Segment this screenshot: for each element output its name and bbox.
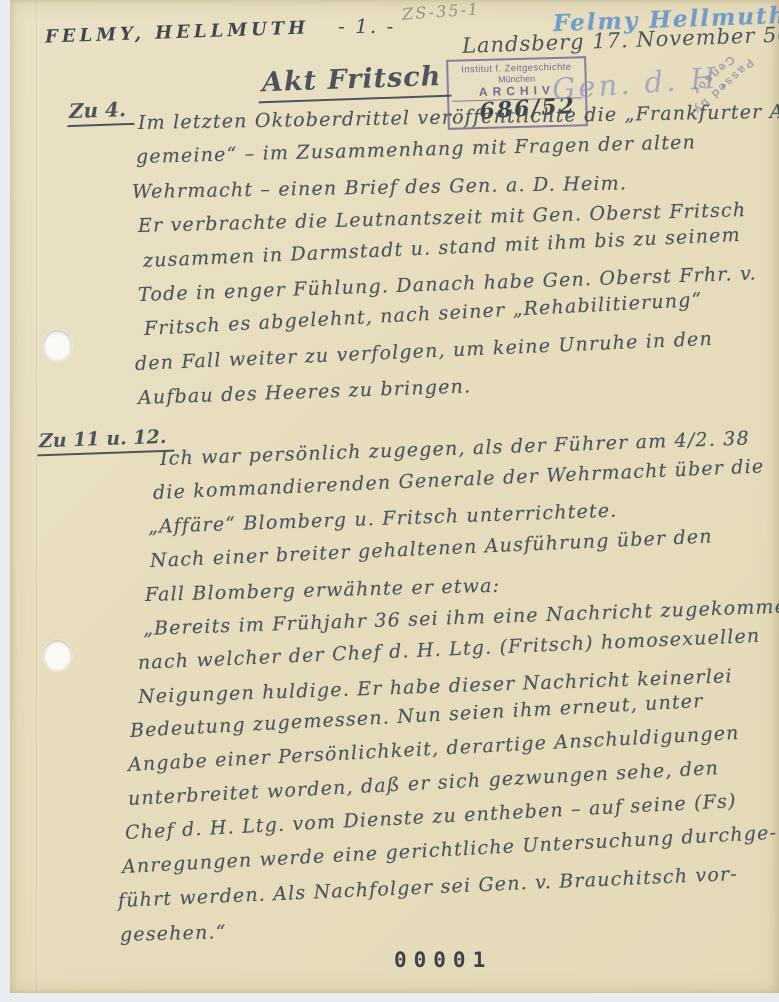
paper-sheet: ZS-35-1 Felmy Hellmuth FELMY, HELLMUTH -… [10,0,779,993]
punch-hole [43,330,72,361]
handwritten-line: Fall Blomberg erwähnte er etwa: [145,575,501,606]
handwritten-line: Aufbau des Heeres zu bringen. [138,376,472,410]
catalog-number-pencil: ZS-35-1 [401,0,480,24]
paper-crease [36,0,39,993]
document-title: Akt Fritsch [257,61,452,104]
handwritten-line: Wehrmacht – einen Brief des Gen. a. D. H… [132,172,628,203]
margin-note-zu11-12: Zu 11 u. 12. [37,426,175,457]
punch-hole [43,640,72,671]
scanned-document-page: { "document": { "catalog_pencil": "ZS-35… [0,0,779,1002]
handwritten-line: gesehen.“ [120,921,227,946]
handwritten-line: gemeine“ – im Zusammenhang mit Fragen de… [136,132,697,169]
author-name-header: FELMY, HELLMUTH [45,17,310,47]
page-stamp-number: 00001 [394,948,492,972]
margin-note-zu4: Zu 4. [67,97,135,127]
page-number: - 1. - [338,14,395,38]
